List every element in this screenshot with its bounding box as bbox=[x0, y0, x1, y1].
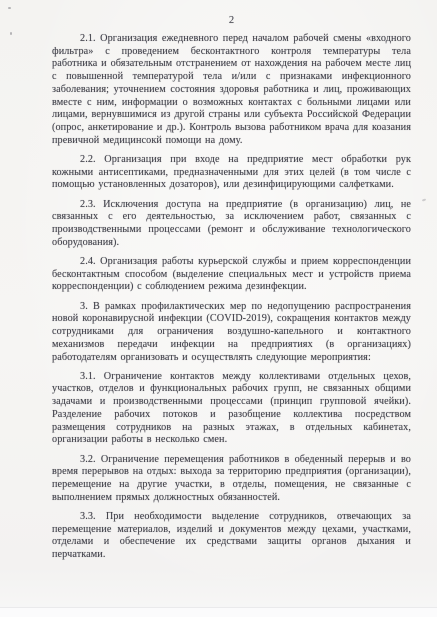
paragraph-2-1: 2.1. Организация ежедневного перед начал… bbox=[52, 33, 411, 147]
scanned-document-page: 2 2.1. Организация ежедневного перед нач… bbox=[0, 0, 437, 617]
paragraph-3: 3. В рамках профилактических мер по недо… bbox=[52, 301, 411, 365]
paragraph-2-2: 2.2. Организация при входе на предприяти… bbox=[52, 154, 411, 192]
scan-bottom-edge bbox=[0, 607, 437, 617]
paragraph-2-4: 2.4. Организация работы курьерской служб… bbox=[52, 256, 411, 294]
scan-artifact-speck bbox=[422, 198, 426, 201]
scan-artifact-speck bbox=[8, 7, 11, 9]
scan-artifact-speck bbox=[10, 32, 12, 35]
paragraph-2-3: 2.3. Исключения доступа на предприятие (… bbox=[52, 199, 411, 250]
paragraph-3-1: 3.1. Ограничение контактов между коллект… bbox=[52, 371, 411, 447]
page-number: 2 bbox=[52, 14, 411, 27]
paragraph-3-2: 3.2. Ограничение перемещения работников … bbox=[52, 454, 411, 505]
paragraph-3-3: 3.3. При необходимости выделение сотрудн… bbox=[52, 511, 411, 562]
